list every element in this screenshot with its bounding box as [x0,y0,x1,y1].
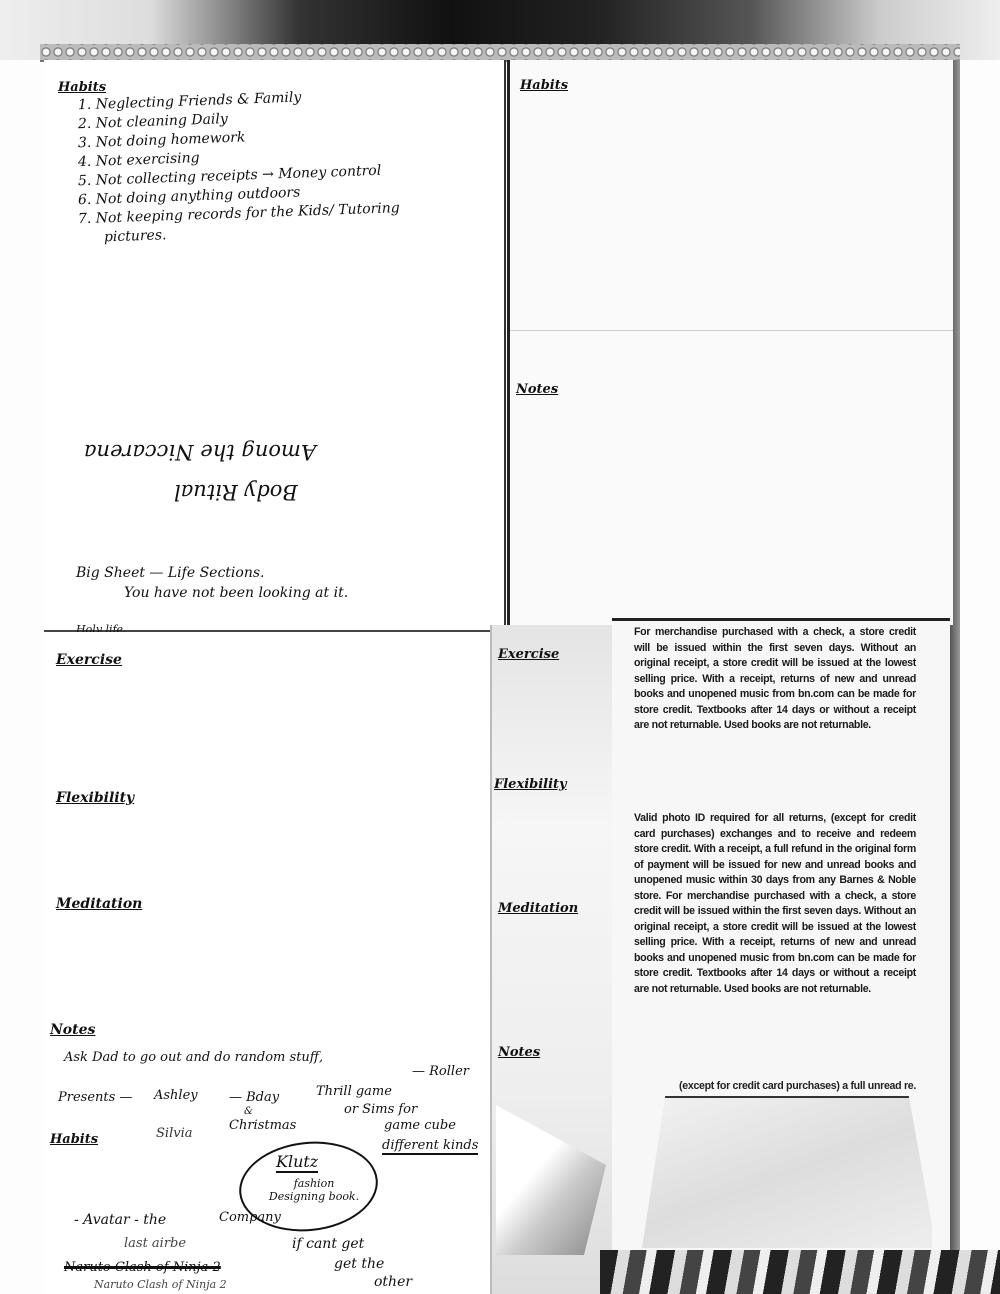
note-and: & [244,1106,253,1117]
note-presents: Presents — [58,1090,132,1105]
note-game-cube: game cube [384,1118,456,1133]
top-left-sheet: Habits 1. Neglecting Friends & Family 2.… [44,60,506,632]
receipt-policy-text: For merchandise purchased with a check, … [634,625,916,734]
upside-down-note: Body Ritual [174,480,298,504]
note-get-the: get the [334,1256,384,1272]
flexibility-heading: Flexibility [494,777,567,792]
note-crossed-out: Naruto Clash of Ninja 2 [64,1260,221,1275]
meditation-heading: Meditation [56,896,142,912]
notes-heading: Notes [498,1045,540,1060]
folded-corner [496,1105,606,1255]
flexibility-heading: Flexibility [56,790,134,806]
top-right-sheet: Habits Notes [507,60,953,625]
note-silvia: Silvia [156,1126,192,1141]
exercise-heading: Exercise [498,647,559,662]
bottom-middle-strip: Exercise Flexibility Meditation Notes [490,625,614,1294]
note-christmas: Christmas [229,1118,296,1133]
note-sims: or Sims for [344,1102,417,1117]
note-roller: — Roller [412,1064,469,1079]
note-other: other [374,1274,412,1290]
upside-down-note: Among the Niccarena [84,440,316,464]
habits-list: Habits 1. Neglecting Friends & Family 2.… [58,78,400,249]
divider [510,330,953,331]
note-last-airbe: last airbe [124,1236,186,1251]
note-line: Ask Dad to go out and do random stuff, [64,1050,323,1065]
note-bday: — Bday [229,1090,279,1105]
big-sheet-note: Big Sheet — Life Sections. [76,565,264,581]
note-ashley: Ashley [154,1088,198,1103]
meditation-heading: Meditation [498,901,578,916]
background-fabric [600,1250,1000,1294]
big-sheet-note: You have not been looking at it. [124,585,348,601]
habits-heading: Habits [50,1132,98,1147]
note-thrill: Thrill game [316,1084,392,1099]
receipt-partial-text: (except for credit card purchases) a ful… [634,1079,916,1095]
receipt-policy-text: Valid photo ID required for all returns,… [634,811,916,997]
receipt-sheet: For merchandise purchased with a check, … [612,618,950,1294]
folded-receipt-flap [642,1096,932,1248]
note-naruto: Naruto Clash of Ninja 2 [94,1278,227,1291]
note-fashion-book: fashion Designing book. [264,1177,364,1203]
note-avatar: - Avatar - the [74,1212,166,1228]
note-different-kinds: different kinds [382,1138,478,1155]
exercise-heading: Exercise [56,652,122,668]
note-if-cant-get: if cant get [292,1236,364,1252]
note-klutz: Klutz [276,1152,318,1173]
bottom-left-sheet: Exercise Flexibility Meditation Notes As… [44,632,490,1294]
note-company: Company [219,1210,281,1225]
notes-heading: Notes [50,1022,95,1038]
notes-heading: Notes [516,382,558,397]
habits-heading: Habits [520,78,568,93]
